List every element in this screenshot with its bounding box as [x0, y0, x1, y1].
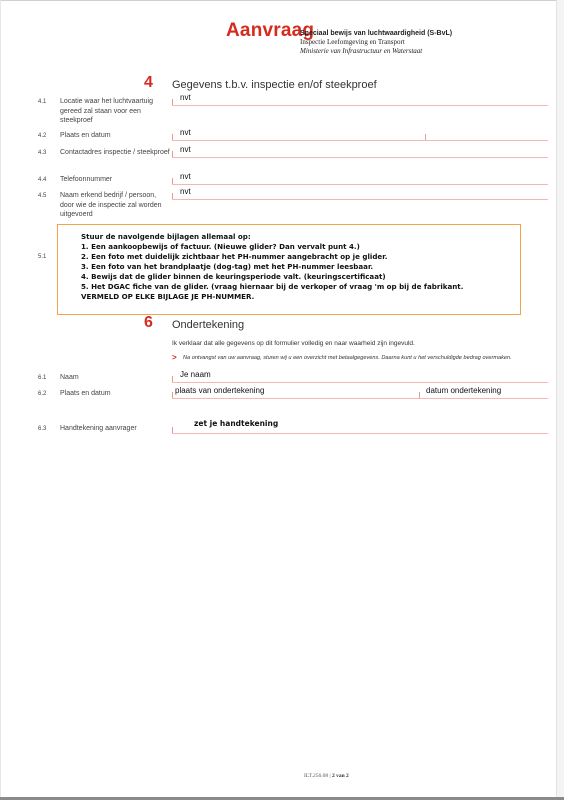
sign-date-value: datum ondertekening [426, 386, 501, 395]
form-subtitle: Speciaal bewijs van luchtwaardigheid (S-… [300, 29, 452, 38]
page-shadow-right [556, 0, 564, 800]
page-border-left [0, 0, 1, 800]
section-6-number: 6 [144, 314, 153, 332]
field-label-phone: Telefoonnummer [60, 175, 170, 185]
field-number: 4.1 [38, 99, 46, 105]
field-number: 5.1 [38, 254, 46, 260]
field-label-place-date: Plaats en datum [60, 131, 170, 141]
field-number: 6.1 [38, 375, 46, 381]
form-header: Speciaal bewijs van luchtwaardigheid (S-… [300, 29, 452, 56]
field-label-location: Locatie waar het luchtvaartuig gereed za… [60, 97, 170, 126]
agency-name: Inspectie Leefomgeving en Transport [300, 38, 452, 47]
inspector-value: nvt [180, 187, 191, 196]
field-label-sign-place-date: Plaats en datum [60, 389, 170, 399]
instruction-line: 2. Een foto met duidelijk zichtbaar het … [81, 252, 463, 262]
form-code: ILT.256.08 [304, 773, 328, 779]
phone-value: nvt [180, 172, 191, 181]
sign-place-date-field[interactable]: plaats van ondertekening datum onderteke… [172, 386, 548, 399]
location-field[interactable]: nvt [172, 93, 548, 106]
field-number: 4.5 [38, 193, 46, 199]
signature-field[interactable]: zet je handtekening [172, 421, 548, 434]
attachments-instructions: Stuur de navolgende bijlagen allemaal op… [81, 232, 463, 302]
name-field[interactable]: Je naam [172, 370, 548, 383]
footer-separator: | [330, 773, 331, 779]
place-date-field[interactable]: nvt [172, 128, 548, 141]
location-value: nvt [180, 93, 191, 102]
field-number: 6.3 [38, 426, 46, 432]
field-number: 6.2 [38, 391, 46, 397]
chevron-right-icon: > [172, 353, 177, 362]
phone-field[interactable]: nvt [172, 172, 548, 185]
field-number: 4.3 [38, 150, 46, 156]
section-4-number: 4 [144, 74, 153, 92]
field-divider [425, 134, 426, 140]
place-value: nvt [180, 128, 191, 137]
field-label-name: Naam [60, 373, 170, 383]
contact-address-value: nvt [180, 145, 191, 154]
field-label-inspector: Naam erkend bedrijf / persoon, door wie … [60, 191, 170, 220]
field-label-contact-address: Contactadres inspectie / steekproef [60, 148, 170, 158]
section-6-title: Ondertekening [172, 319, 244, 331]
instruction-line: 1. Een aankoopbewijs of factuur. (Nieuwe… [81, 242, 463, 252]
field-label-signature: Handtekening aanvrager [60, 424, 170, 434]
name-value: Je naam [180, 370, 211, 379]
field-divider [419, 392, 420, 398]
instruction-line: 3. Een foto van het brandplaatje (dog-ta… [81, 262, 463, 272]
field-number: 4.4 [38, 177, 46, 183]
page-number: 2 van 2 [332, 773, 349, 779]
instruction-line: 5. Het DGAC fiche van de glider. (vraag … [81, 282, 463, 292]
declaration-text: Ik verklaar dat alle gegevens op dit for… [172, 340, 415, 347]
instruction-line: 4. Bewijs dat de glider binnen de keurin… [81, 272, 463, 282]
sign-place-value: plaats van ondertekening [175, 386, 264, 395]
instruction-line: Stuur de navolgende bijlagen allemaal op… [81, 232, 463, 242]
contact-address-field[interactable]: nvt [172, 145, 548, 158]
inspector-field[interactable]: nvt [172, 187, 548, 200]
ministry-name: Ministerie van Infrastructuur en Waterst… [300, 47, 452, 56]
attachments-instructions-box[interactable]: Stuur de navolgende bijlagen allemaal op… [57, 224, 521, 315]
signature-placeholder: zet je handtekening [194, 419, 278, 428]
page-footer: ILT.256.08 | 2 van 2 [304, 773, 349, 779]
section-4-title: Gegevens t.b.v. inspectie en/of steekpro… [172, 79, 377, 91]
page-border-top [0, 0, 564, 1]
payment-note: Na ontvangst van uw aanvraag, sturen wij… [183, 355, 512, 361]
field-number: 4.2 [38, 133, 46, 139]
instruction-line: VERMELD OP ELKE BIJLAGE JE PH-NUMMER. [81, 292, 463, 302]
